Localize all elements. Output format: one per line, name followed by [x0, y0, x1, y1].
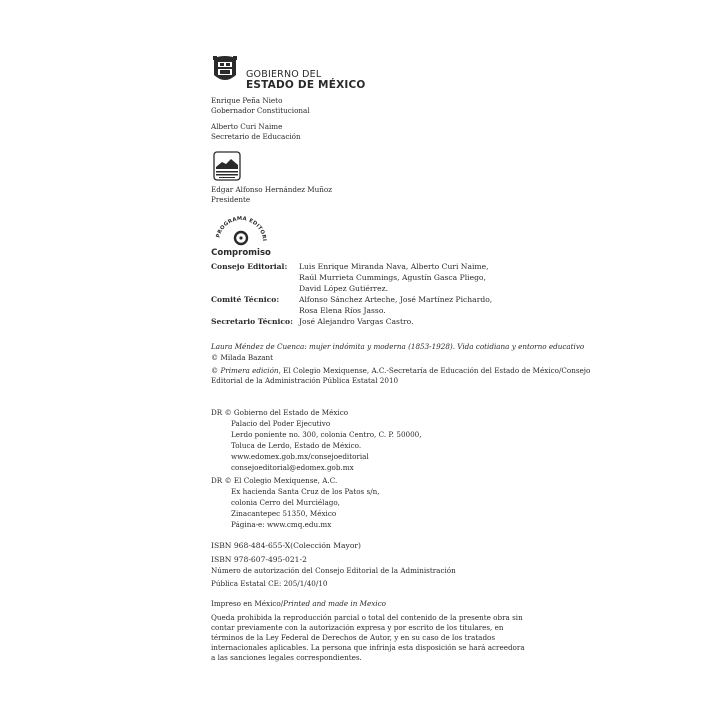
- el-colegio-mexiquense-logo-icon: [213, 151, 241, 181]
- council-block: Consejo Editorial:Luis Enrique Miranda N…: [211, 261, 492, 327]
- official-name: Enrique Peña Nieto: [211, 96, 282, 106]
- rights-address: Ex hacienda Santa Cruz de los Patos s/n,: [211, 487, 380, 497]
- council-members: José Alejandro Vargas Castro.: [299, 316, 414, 327]
- rights-address: colonia Cerro del Murciélago,: [211, 498, 340, 508]
- colegio-president-role: Presidente: [211, 195, 250, 205]
- isbn-1: ISBN 968-484-655-X(Colección Mayor): [211, 540, 361, 551]
- book-title: Laura Méndez de Cuenca: mujer indómita y…: [211, 342, 584, 352]
- council-members: David López Gutiérrez.: [299, 283, 388, 294]
- council-members: Alfonso Sánchez Arteche, José Martínez P…: [299, 294, 492, 305]
- council-label: Comité Técnico:: [211, 294, 299, 305]
- svg-text:PROGRAMA EDITORIAL: PROGRAMA EDITORIAL: [211, 212, 267, 242]
- official-role: Secretario de Educación: [211, 132, 301, 142]
- rights-address: Lerdo poniente no. 300, colonia Centro, …: [211, 430, 422, 440]
- rights-url: www.edomex.gob.mx/consejoeditorial: [211, 452, 369, 462]
- isbn-2: ISBN 978-607-495-021-2: [211, 554, 307, 565]
- government-title-line2: ESTADO DE MÉXICO: [246, 79, 366, 91]
- official-name: Alberto Curi Naime: [211, 122, 282, 132]
- programa-editorial-logo: PROGRAMA EDITORIAL Compromiso: [211, 212, 271, 260]
- rights-address: Toluca de Lerdo, Estado de México.: [211, 441, 361, 451]
- authorization-line2: Pública Estatal CE: 205/1/40/10: [211, 579, 327, 589]
- council-label: Secretario Técnico:: [211, 316, 299, 327]
- colegio-president-name: Edgar Alfonso Hernández Muñoz: [211, 185, 332, 195]
- official-role: Gobernador Constitucional: [211, 106, 310, 116]
- swirl-icon: [235, 232, 247, 244]
- council-members: Raúl Murrieta Cummings, Agustín Gasca Pl…: [299, 272, 486, 283]
- rights-email: consejoeditorial@edomex.gob.mx: [211, 463, 354, 473]
- legal-notice: Queda prohibida la reproducción parcial …: [211, 613, 529, 663]
- svg-text:Compromiso: Compromiso: [211, 248, 271, 258]
- printed-in: Impreso en México/Printed and made in Me…: [211, 599, 386, 609]
- edition-line: © Primera edición, El Colegio Mexiquense…: [211, 366, 590, 376]
- rights-holder: DR © Gobierno del Estado de México: [211, 408, 348, 418]
- rights-url: Página-e: www.cmq.edu.mx: [211, 520, 331, 530]
- rights-holder: DR © El Colegio Mexiquense, A.C.: [211, 476, 337, 486]
- council-members: Rosa Elena Ríos Jasso.: [299, 305, 386, 316]
- edition-line2: Editorial de la Administración Pública E…: [211, 376, 398, 386]
- council-label: Consejo Editorial:: [211, 261, 299, 272]
- coat-of-arms-icon: [211, 55, 239, 85]
- rights-address: Palacio del Poder Ejecutivo: [211, 419, 330, 429]
- book-author: © Milada Bazant: [211, 353, 273, 363]
- rights-address: Zinacantepec 51350, México: [211, 509, 336, 519]
- authorization-line1: Número de autorización del Consejo Edito…: [211, 566, 456, 576]
- council-members: Luis Enrique Miranda Nava, Alberto Curi …: [299, 261, 489, 272]
